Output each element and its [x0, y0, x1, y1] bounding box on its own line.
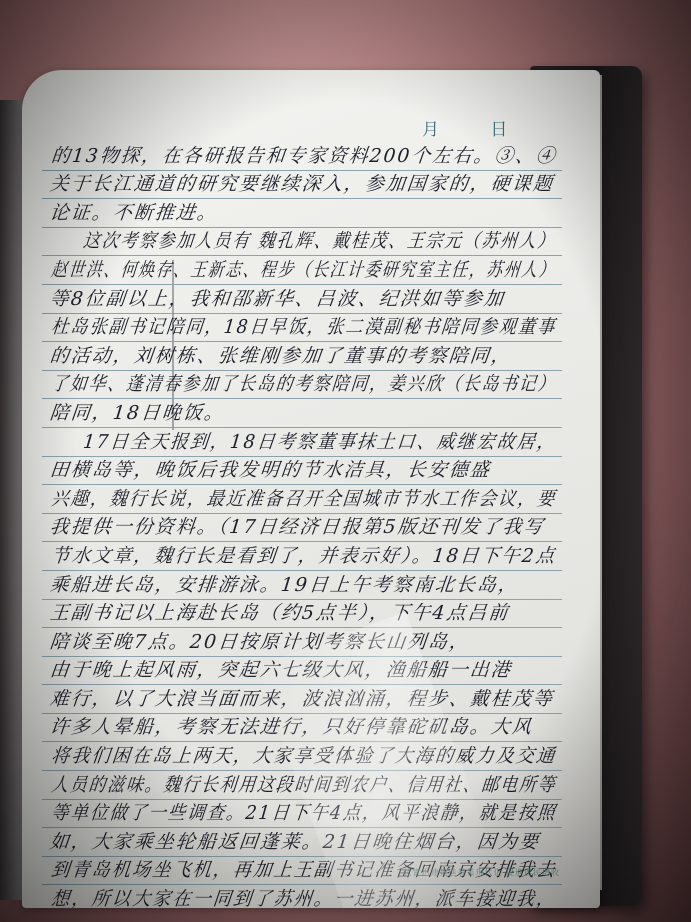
handwritten-text: 许多人晕船，考察无法进行，只好停靠砣矶岛。大风 — [49, 712, 535, 739]
ruled-line: 王副书记以上海赴长岛（约5点半），下午4点吕前 — [42, 600, 562, 629]
handwritten-text: 我提供一份资料。（17日经济日报第5版还刊发了我写 — [49, 512, 547, 539]
handwritten-text: 杜岛张副书记陪同，18日早饭，张二漠副秘书陪同参观董事 — [50, 312, 558, 339]
handwritten-text: 的活动，刘树栋、张维刚参加了董事的考察陪同， — [49, 341, 514, 368]
handwritten-text: 的13物探，在各研报告和专家资料200个左右。③、④ — [50, 141, 558, 168]
ruled-line: 节水文章，魏行长是看到了，并表示好）。18日下午2点 — [42, 542, 562, 571]
date-header: 月 日 — [422, 115, 508, 140]
handwritten-text: 赵世洪、何焕存、王新志、程步（长江计委研究室主任，苏州人） — [50, 255, 558, 282]
handwritten-text: 陪同，18日晚饭。 — [49, 398, 227, 425]
ruled-line: 陪同，18日晚饭。 — [42, 399, 562, 428]
handwritten-text: 王副书记以上海赴长岛（约5点半），下午4点吕前 — [49, 598, 512, 625]
handwritten-text: 如，大家乘坐轮船返回蓬莱。21日晚住烟台，因为要 — [49, 827, 542, 854]
day-label: 日 — [490, 120, 508, 140]
handwritten-text: 节水文章，魏行长是看到了，并表示好）。18日下午2点 — [50, 541, 558, 568]
handwritten-text: 等单位做了一些调查。21日下午4点，风平浪静，就是按照 — [50, 798, 558, 825]
handwritten-text: 由于晚上起风雨，突起六七级大风，渔船船一出港 — [49, 655, 514, 682]
handwritten-text: 想，所以大家在一同到了苏州。一进苏州，派车接迎我， — [50, 884, 558, 908]
handwritten-text: 17日全天报到，18日考察董事抹土口、威继宏故居， — [82, 427, 558, 454]
ruled-line: 赵世洪、何焕存、王新志、程步（长江计委研究室主任，苏州人） — [42, 256, 562, 285]
handwritten-text: 论证。不断推进。 — [49, 198, 220, 225]
handwritten-text: 关于长江通道的研究要继续深入，参加国家的，硬课题 — [49, 169, 556, 196]
ruled-line: 这次考察参加人员有 魏孔辉、戴桂茂、王宗元（苏州人） — [42, 228, 562, 257]
ruled-line: 论证。不断推进。 — [42, 199, 562, 228]
ruled-line: 由于晚上起风雨，突起六七级大风，渔船船一出港 — [42, 657, 562, 686]
footer-slogan: 扎實迅速推進農業現代化 促進農民增收 — [403, 867, 560, 878]
handwritten-text: 了如华、蓬清春参加了长岛的考察陪同，姜兴欣（长岛书记） — [50, 369, 558, 396]
handwritten-lines: 的13物探，在各研报告和专家资料200个左右。③、④关于长江通道的研究要继续深入… — [42, 142, 562, 908]
ruled-line: 想，所以大家在一同到了苏州。一进苏州，派车接迎我， — [42, 885, 562, 908]
ruled-line: 兴趣，魏行长说，最近准备召开全国城市节水工作会议，要 — [42, 485, 562, 514]
ruled-line: 如，大家乘坐轮船返回蓬莱。21日晚住烟台，因为要 — [42, 828, 562, 857]
ruled-line: 陪谈至晚7点。20日按原计划考察长山列岛， — [42, 628, 562, 657]
notebook-page: 月 日 的13物探，在各研报告和专家资料200个左右。③、④关于长江通道的研究要… — [22, 70, 600, 908]
handwritten-text: 将我们困在岛上两天，大家享受体验了大海的威力及交通 — [50, 741, 558, 768]
handwritten-text: 难行，以了大浪当面而来，波浪汹涌，程步、戴桂茂等 — [49, 684, 556, 711]
ruled-line: 田横岛等，晚饭后我发明的节水洁具，长安德盛 — [42, 457, 562, 486]
ruled-line: 了如华、蓬清春参加了长岛的考察陪同，姜兴欣（长岛书记） — [42, 371, 562, 400]
handwritten-text: 人员的滋味。魏行长利用这段时间到农户、信用社、邮电所等 — [50, 770, 558, 797]
handwritten-text: 等8位副以上，我和邵新华、吕波、纪洪如等参加 — [49, 284, 507, 311]
ruled-line: 等8位副以上，我和邵新华、吕波、纪洪如等参加 — [42, 285, 562, 314]
handwritten-text: 兴趣，魏行长说，最近准备召开全国城市节水工作会议，要 — [50, 484, 558, 511]
ruled-line: 将我们困在岛上两天，大家享受体验了大海的威力及交通 — [42, 742, 562, 771]
ruled-line: 许多人晕船，考察无法进行，只好停靠砣矶岛。大风 — [42, 714, 562, 743]
handwritten-text: 陪谈至晚7点。20日按原计划考察长山列岛， — [49, 627, 472, 654]
ruled-line: 难行，以了大浪当面而来，波浪汹涌，程步、戴桂茂等 — [42, 685, 562, 714]
ruled-line: 关于长江通道的研究要继续深入，参加国家的，硬课题 — [42, 171, 562, 200]
ruled-line: 的13物探，在各研报告和专家资料200个左右。③、④ — [42, 142, 562, 171]
ruled-line: 乘船进长岛，安排游泳。19日上午考察南北长岛， — [42, 571, 562, 600]
ruled-line: 我提供一份资料。（17日经济日报第5版还刊发了我写 — [42, 514, 562, 543]
ruled-line: 17日全天报到，18日考察董事抹土口、威继宏故居， — [42, 428, 562, 457]
ruled-line: 杜岛张副书记陪同，18日早饭，张二漠副秘书陪同参观董事 — [42, 314, 562, 343]
handwritten-text: 田横岛等，晚饭后我发明的节水洁具，长安德盛 — [49, 455, 493, 482]
month-label: 月 — [422, 120, 440, 140]
handwritten-text: 乘船进长岛，安排游泳。19日上午考察南北长岛， — [49, 570, 521, 597]
ruled-line: 等单位做了一些调查。21日下午4点，风平浪静，就是按照 — [42, 800, 562, 829]
ruled-line: 的活动，刘树栋、张维刚参加了董事的考察陪同， — [42, 342, 562, 371]
ruled-line: 人员的滋味。魏行长利用这段时间到农户、信用社、邮电所等 — [42, 771, 562, 800]
handwritten-text: 这次考察参加人员有 魏孔辉、戴桂茂、王宗元（苏州人） — [82, 226, 558, 253]
